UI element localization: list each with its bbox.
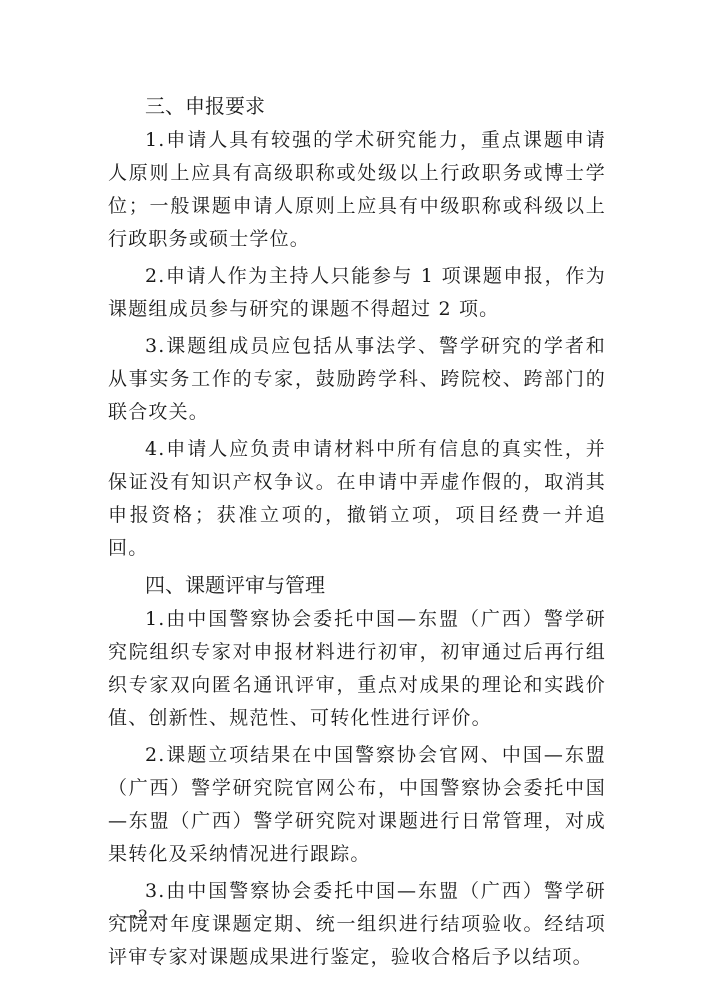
page-number: —2—	[122, 906, 164, 925]
review-item-3: 3.由中国警察协会委托中国—东盟（广西）警学研究院对年度课题定期、统一组织进行结…	[108, 875, 606, 974]
document-page: 三、申报要求 1.申请人具有较强的学术研究能力，重点课题申请人原则上应具有高级职…	[108, 90, 606, 978]
requirement-item-4: 4.申请人应负责申请材料中所有信息的真实性，并保证没有知识产权争议。在申请中弄虚…	[108, 433, 606, 565]
requirement-item-3: 3.课题组成员应包括从事法学、警学研究的学者和从事实务工作的专家，鼓励跨学科、跨…	[108, 330, 606, 429]
section-heading-requirements: 三、申报要求	[108, 90, 606, 123]
requirement-item-1: 1.申请人具有较强的学术研究能力，重点课题申请人原则上应具有高级职称或处级以上行…	[108, 124, 606, 256]
review-item-2: 2.课题立项结果在中国警察协会官网、中国—东盟（广西）警学研究院官网公布，中国警…	[108, 739, 606, 871]
section-heading-review-management: 四、课题评审与管理	[108, 569, 606, 602]
requirement-item-2: 2.申请人作为主持人只能参与 1 项课题申报，作为课题组成员参与研究的课题不得超…	[108, 260, 606, 326]
review-item-1: 1.由中国警察协会委托中国—东盟（广西）警学研究院组织专家对申报材料进行初审，初…	[108, 603, 606, 735]
